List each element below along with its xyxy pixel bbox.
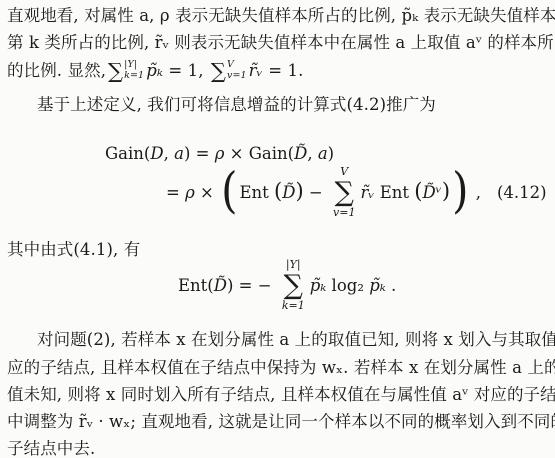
math-roman: × Gain( <box>224 144 294 163</box>
sum-lower-limit: k=1 <box>282 299 305 313</box>
inline-sum-pk: ∑ |Y| k=1 <box>108 60 144 82</box>
math-roman: × <box>195 183 219 202</box>
math-roman: ) = − <box>227 276 277 295</box>
math-roman: ) <box>328 144 334 163</box>
line-text: 的比例. 显然, <box>7 59 106 83</box>
math-var: r̃ᵥ <box>360 183 374 202</box>
math-roman: Ent( <box>178 276 214 295</box>
math-var: D̃ <box>282 183 295 202</box>
book-page: 直观地看, 对属性 a, ρ 表示无缺失值样本所占的比例, p̃ₖ 表示无缺失值… <box>0 0 555 458</box>
math-roman: ) = <box>184 144 215 163</box>
sum-limits: |Y| k=1 <box>124 60 144 82</box>
math-roman: − <box>304 183 328 202</box>
equation-number: (4.12) <box>497 183 547 202</box>
paren: ( <box>414 181 422 202</box>
paragraph-4-line-3: 值未知, 则将 x 同时划入所有子结点, 且样本权值在与属性值 aᵛ 对应的子结… <box>7 383 555 407</box>
sigma-symbol: ∑ <box>211 61 226 82</box>
paren: ) <box>295 181 303 202</box>
paren: ) <box>442 181 450 202</box>
math-roman: Gain( <box>105 144 150 163</box>
math-var: p̃ₖ <box>310 276 327 295</box>
sum-lower-limit: v=1 <box>227 71 247 82</box>
math-var: a <box>174 144 184 163</box>
math-var: D̃ <box>214 276 227 295</box>
sigma-symbol: ∑ <box>335 179 354 206</box>
math-roman: Ent <box>240 183 275 202</box>
math-roman: log₂ <box>326 276 369 295</box>
paragraph-4-line-5: 子结点中去. <box>7 437 95 458</box>
math-var: p̃ₖ <box>369 276 386 295</box>
equation-412-line-1: Gain(D, a) = ρ × Gain(D̃, a) <box>105 139 334 167</box>
math-var: ρ <box>215 144 225 163</box>
paragraph-4-line-1: 对问题(2), 若样本 x 在划分属性 a 上的取值已知, 则将 x 划入与其取… <box>37 328 555 352</box>
sum-lower-limit: k=1 <box>124 71 144 82</box>
paragraph-2: 基于上述定义, 我们可将信息增益的计算式(4.2)推广为 <box>37 93 436 117</box>
sum-symbol: |Y| ∑ k=1 <box>282 258 305 313</box>
math-var: ρ <box>185 183 195 202</box>
math-var: a <box>318 144 328 163</box>
math-roman: Ent <box>375 183 415 202</box>
mid-sentence: 其中由式(4.1), 有 <box>7 238 140 262</box>
inline-sum-rv: ∑ V v=1 <box>211 60 247 82</box>
sum-lower-limit: v=1 <box>333 206 355 220</box>
math-roman: . <box>386 276 397 295</box>
paragraph-4-line-4: 中调整为 r̃ᵥ · wₓ; 直观地看, 这就是让同一个样本以不同的概率划入到不… <box>7 410 555 434</box>
math-roman: , <box>164 144 175 163</box>
sigma-symbol: ∑ <box>284 272 303 299</box>
paragraph-1-line-3: 的比例. 显然, ∑ |Y| k=1 p̃ₖ = 1, ∑ V v=1 r̃ᵥ … <box>7 53 303 89</box>
paren: ( <box>274 181 282 202</box>
math-var: D̃ <box>294 144 307 163</box>
sigma-symbol: ∑ <box>108 61 123 82</box>
math-roman: , <box>307 144 318 163</box>
line-text: = 1, <box>163 59 209 83</box>
math-var: p̃ₖ <box>146 59 163 83</box>
sum-symbol: V ∑ v=1 <box>333 165 355 220</box>
paragraph-1-line-2: 第 k 类所占的比例, r̃ᵥ 则表示无缺失值样本中在属性 a 上取值 aᵛ 的… <box>7 31 555 55</box>
line-text: = 1. <box>263 59 304 83</box>
math-roman: , <box>470 183 481 202</box>
equation-entropy: Ent(D̃) = − |Y| ∑ k=1 p̃ₖ log₂ p̃ₖ . <box>178 256 396 314</box>
sum-limits: V v=1 <box>227 60 247 82</box>
paragraph-1-line-1: 直观地看, 对属性 a, ρ 表示无缺失值样本所占的比例, p̃ₖ 表示无缺失值… <box>7 4 555 28</box>
math-roman: = <box>166 183 185 202</box>
math-var: D <box>150 144 163 163</box>
paragraph-4-line-2: 应的子结点, 且样本权值在子结点中保持为 wₓ. 若样本 x 在划分属性 a 上… <box>7 356 555 380</box>
math-var: D̃ᵛ <box>423 183 442 202</box>
math-var: r̃ᵥ <box>249 59 263 83</box>
equation-412-line-2: = ρ × ( Ent (D̃) − V ∑ v=1 r̃ᵥ Ent (D̃ᵛ)… <box>166 164 481 220</box>
